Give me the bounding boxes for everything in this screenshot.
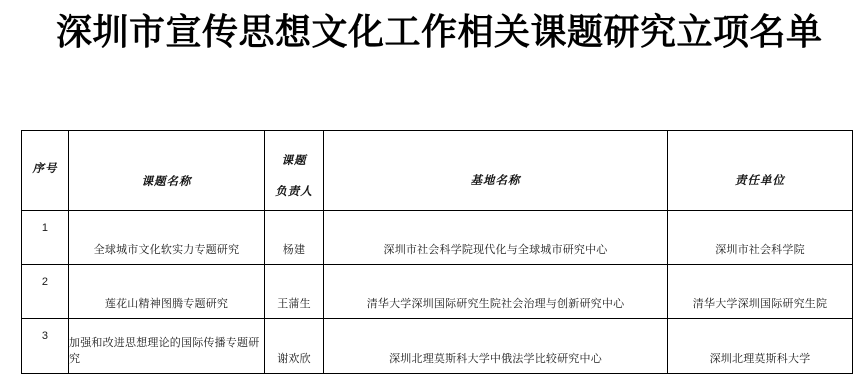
row-unit: 深圳市社会科学院	[668, 211, 852, 264]
row-seq: 1	[22, 211, 68, 264]
project-approval-table: 序号 课题名称 课题 负责人 基地名称 责任单位 1 全球城市文化软实力专题研究…	[21, 130, 853, 374]
row-leader: 杨建	[265, 211, 323, 264]
col-header-unit: 责任单位	[668, 134, 852, 207]
row-base: 深圳市社会科学院现代化与全球城市研究中心	[324, 211, 667, 264]
table-header-row: 序号 课题名称 课题 负责人 基地名称 责任单位	[22, 131, 853, 211]
row-unit: 深圳北理莫斯科大学	[668, 319, 852, 373]
row-base: 清华大学深圳国际研究生院社会治理与创新研究中心	[324, 265, 667, 318]
page-title: 深圳市宣传思想文化工作相关课题研究立项名单	[56, 10, 823, 53]
row-leader: 谢欢欣	[265, 319, 323, 373]
row-seq: 3	[22, 319, 68, 373]
col-header-base: 基地名称	[324, 134, 667, 207]
table-row: 2 莲花山精神图腾专题研究 王蒲生 清华大学深圳国际研究生院社会治理与创新研究中…	[22, 265, 853, 319]
col-header-topic: 课题名称	[69, 134, 264, 207]
row-topic: 全球城市文化软实力专题研究	[69, 211, 264, 264]
table-row: 1 全球城市文化软实力专题研究 杨建 深圳市社会科学院现代化与全球城市研究中心 …	[22, 211, 853, 265]
table-row: 3 加强和改进思想理论的国际传播专题研究 谢欢欣 深圳北理莫斯科大学中俄法学比较…	[22, 319, 853, 374]
row-topic: 加强和改进思想理论的国际传播专题研究	[69, 319, 264, 373]
row-seq: 2	[22, 265, 68, 318]
col-header-leader: 课题 负责人	[265, 134, 323, 207]
col-header-seq: 序号	[22, 131, 68, 210]
row-topic: 莲花山精神图腾专题研究	[69, 265, 264, 318]
row-unit: 清华大学深圳国际研究生院	[668, 265, 852, 318]
col-header-leader-line2: 负责人	[275, 183, 313, 199]
row-base: 深圳北理莫斯科大学中俄法学比较研究中心	[324, 319, 667, 373]
col-header-leader-line1: 课题	[282, 152, 307, 168]
row-leader: 王蒲生	[265, 265, 323, 318]
